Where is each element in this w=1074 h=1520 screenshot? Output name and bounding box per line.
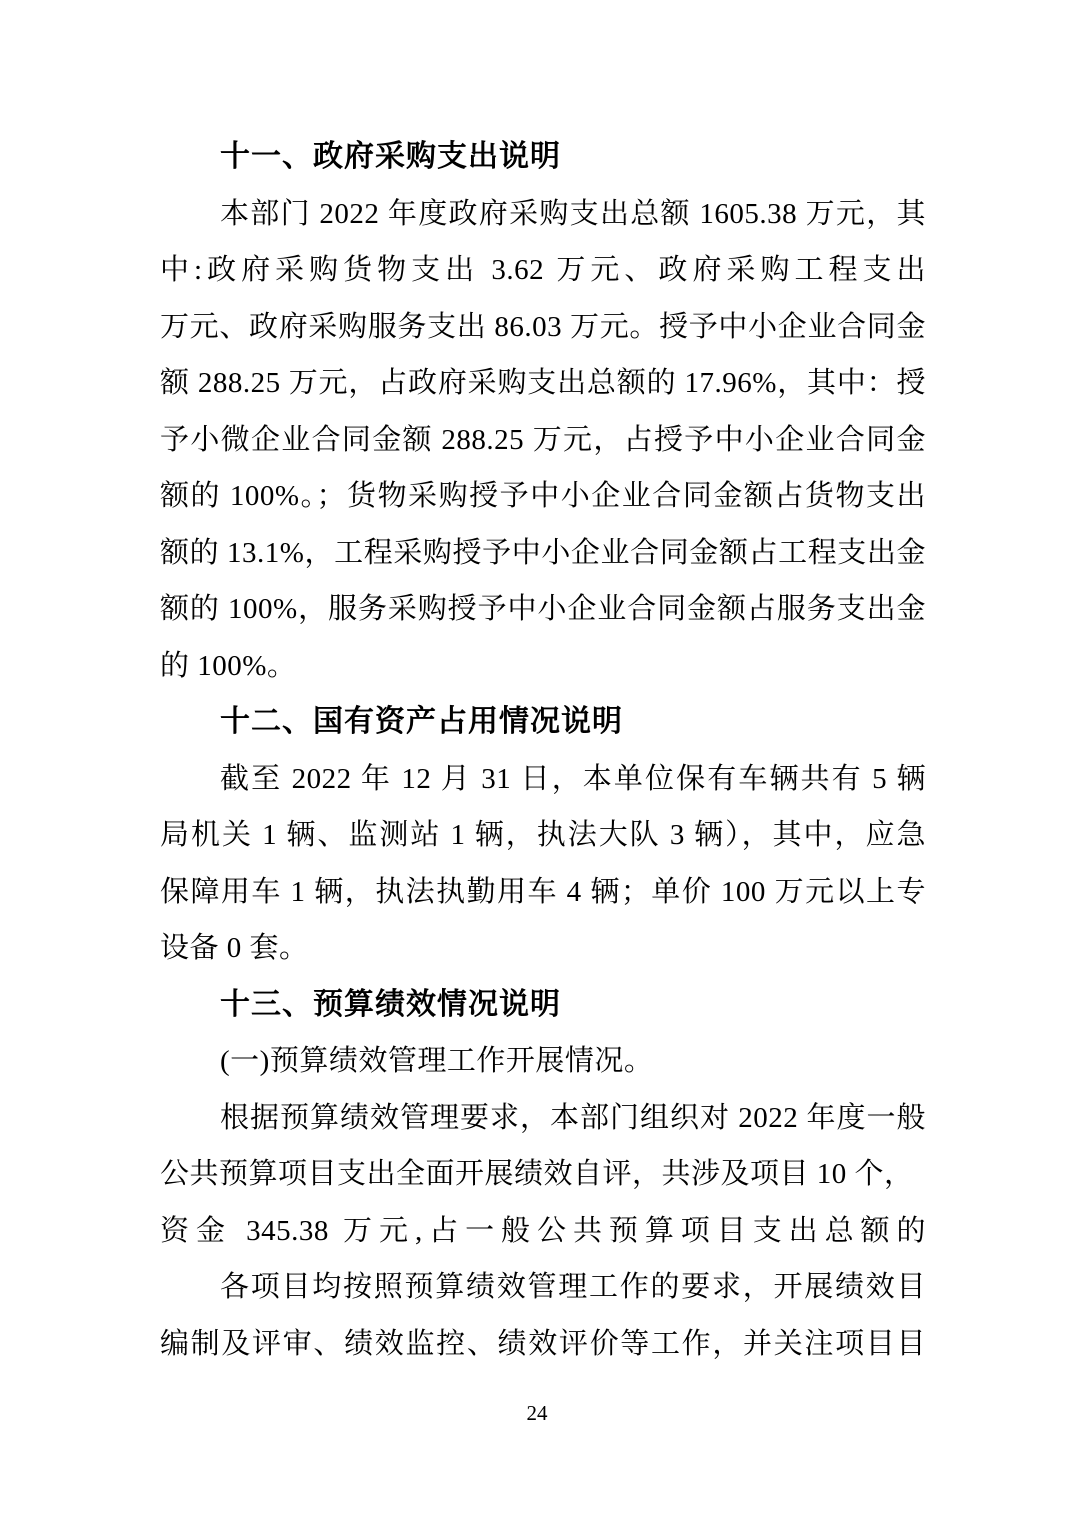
- text-line: 额 288.25 万元，占政府采购支出总额的 17.96%，其中：授: [160, 355, 926, 412]
- text-line: 的 100%。: [160, 638, 926, 695]
- document-body: 十一、政府采购支出说明 本部门 2022 年度政府采购支出总额 1605.38 …: [160, 129, 926, 1372]
- text-line: 保障用车 1 辆，执法执勤用车 4 辆；单价 100 万元以上专用: [160, 864, 926, 921]
- section-heading-state-assets: 十二、国有资产占用情况说明: [160, 694, 926, 751]
- text-line: 本部门 2022 年度政府采购支出总额 1605.38 万元，其: [160, 186, 926, 243]
- text-line: 局机关 1 辆、监测站 1 辆，执法大队 3 辆），其中，应急: [160, 807, 926, 864]
- text-line: 额的 13.1%，工程采购授予中小企业合同金额占工程支出金: [160, 525, 926, 582]
- page-number: 24: [0, 1398, 1074, 1428]
- section-heading-procurement: 十一、政府采购支出说明: [160, 129, 926, 186]
- text-line: 公共预算项目支出全面开展绩效自评，共涉及项目 10 个，: [160, 1146, 926, 1203]
- document-page: 十一、政府采购支出说明 本部门 2022 年度政府采购支出总额 1605.38 …: [0, 0, 1074, 1520]
- section-heading-budget-performance: 十三、预算绩效情况说明: [160, 977, 926, 1034]
- text-line: 予小微企业合同金额 288.25 万元，占授予中小企业合同金: [160, 412, 926, 469]
- text-line: 编制及评审、绩效监控、绩效评价等工作，并关注项目目标: [160, 1316, 926, 1373]
- text-line: 额的 100%，服务采购授予中小企业合同金额占服务支出金额: [160, 581, 926, 638]
- text-line: 中:政府采购货物支出 3.62 万元、政府采购工程支出 1515.73: [160, 242, 926, 299]
- text-line: (一)预算绩效管理工作开展情况。: [160, 1033, 926, 1090]
- text-line: 万元、政府采购服务支出 86.03 万元。授予中小企业合同金: [160, 299, 926, 356]
- text-line: 截至 2022 年 12 月 31 日，本单位保有车辆共有 5 辆（含: [160, 751, 926, 808]
- text-line: 额的 100%。；货物采购授予中小企业合同金额占货物支出金: [160, 468, 926, 525]
- text-line: 资金 345.38 万元,占一般公共预算项目支出总额的 80.34％。: [160, 1203, 926, 1260]
- text-line: 各项目均按照预算绩效管理工作的要求，开展绩效目标: [160, 1259, 926, 1316]
- text-line: 根据预算绩效管理要求，本部门组织对 2022 年度一般: [160, 1090, 926, 1147]
- text-line: 设备 0 套。: [160, 920, 926, 977]
